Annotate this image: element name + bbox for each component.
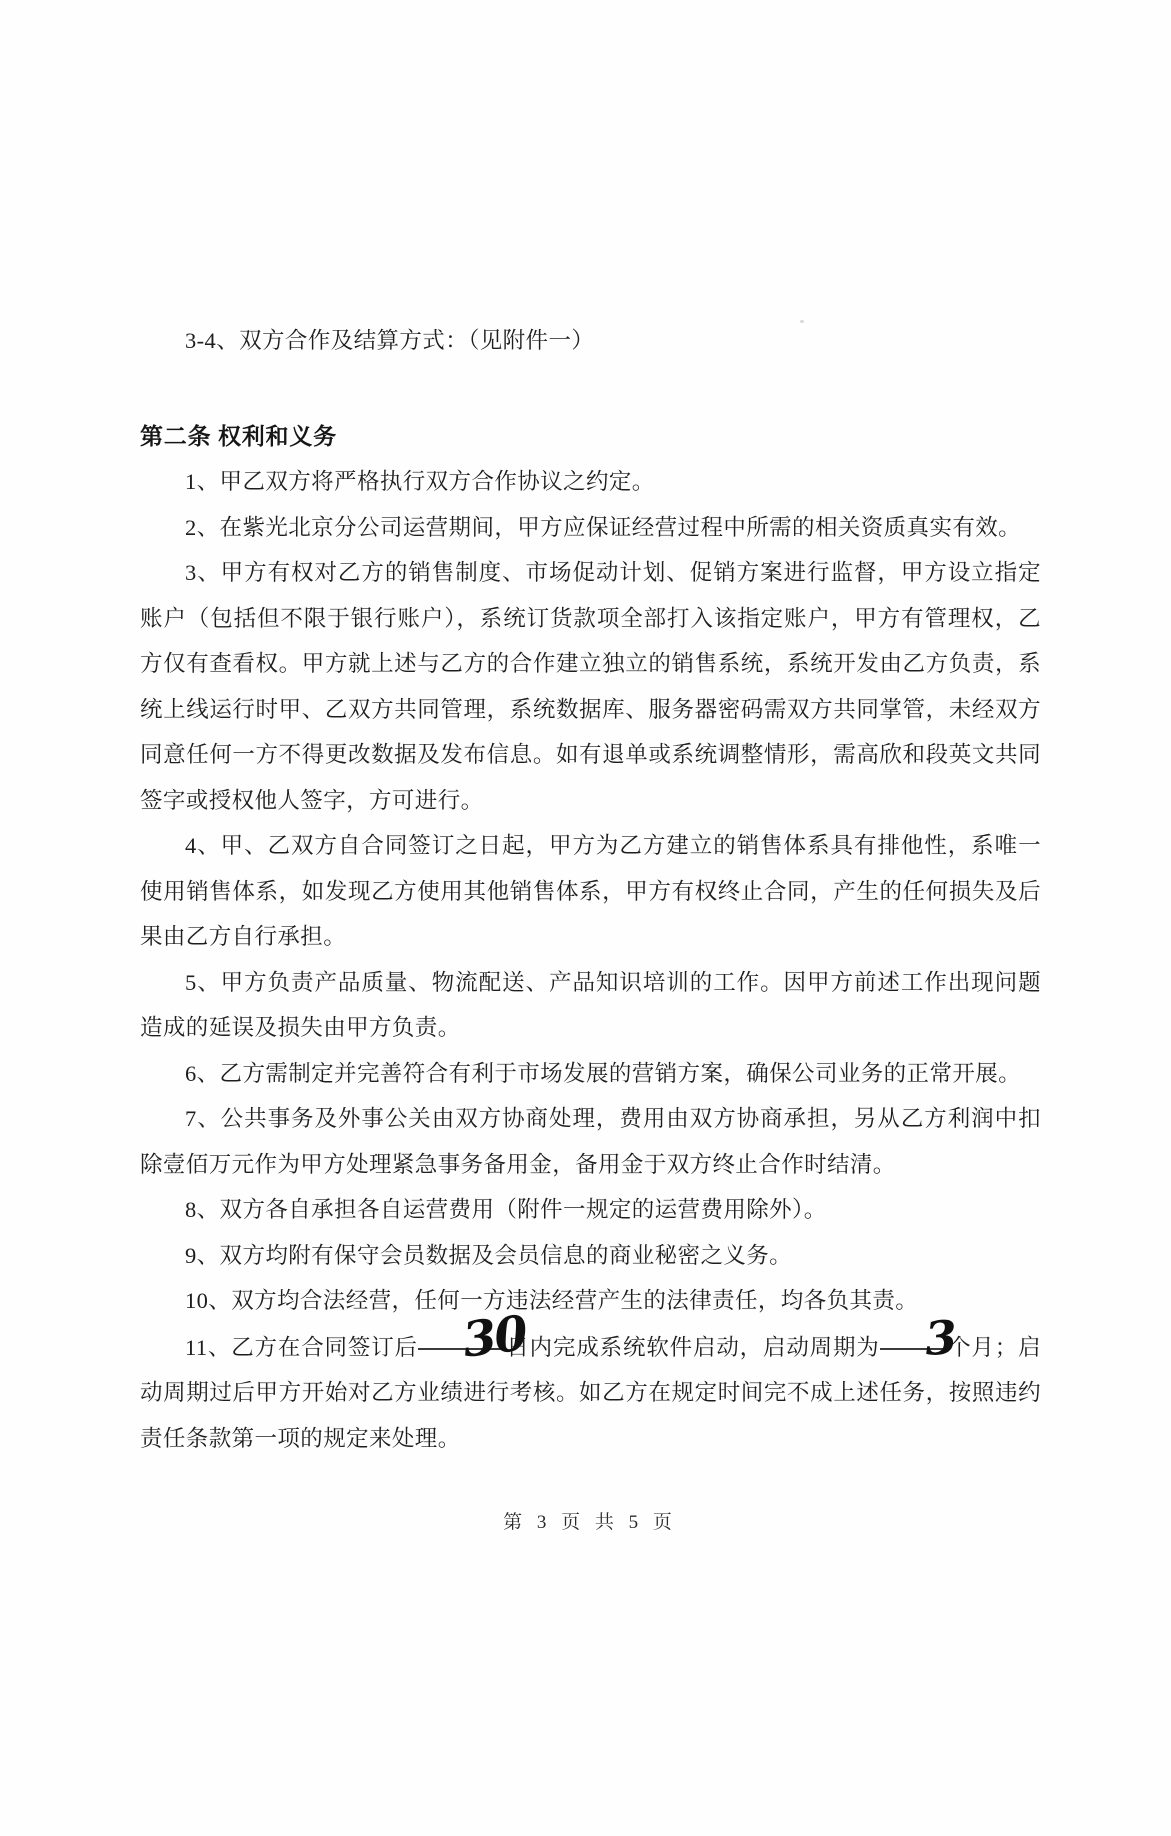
clause-6: 6、乙方需制定并完善符合有利于市场发展的营销方案，确保公司业务的正常开展。 [140,1051,1041,1097]
fill-in-months-blank: 3 [880,1324,948,1350]
page-number-footer: 第 3 页 共 5 页 [140,1507,1040,1534]
clause-11: 11、乙方在合同签订后30日内完成系统软件启动，启动周期为3个月；启动周期过后甲… [140,1324,1041,1462]
article-2-title: 第二条 权利和义务 [140,414,1041,460]
fill-in-days-blank: 30 [418,1324,506,1350]
clause-2: 2、在紫光北京分公司运营期间，甲方应保证经营过程中所需的相关资质真实有效。 [140,505,1041,551]
clause-3-4-settlement-line: 3-4、双方合作及结算方式：（见附件一） [140,318,1041,364]
clause-11-text-mid: 日内完成系统软件启动，启动周期为 [506,1335,880,1360]
contract-scan-page: 3-4、双方合作及结算方式：（见附件一） 第二条 权利和义务 1、甲乙双方将严格… [0,0,1171,1836]
clause-9: 9、双方均附有保守会员数据及会员信息的商业秘密之义务。 [140,1233,1041,1279]
clause-5: 5、甲方负责产品质量、物流配送、产品知识培训的工作。因甲方前述工作出现问题造成的… [140,960,1041,1051]
clause-10: 10、双方均合法经营，任何一方违法经营产生的法律责任，均各负其责。 [140,1278,1041,1324]
clause-7: 7、公共事务及外事公关由双方协商处理，费用由双方协商承担，另从乙方利润中扣除壹佰… [140,1096,1041,1187]
clause-4: 4、甲、乙双方自合同签订之日起，甲方为乙方建立的销售体系具有排他性，系唯一使用销… [140,823,1041,960]
handwritten-months-value: 3 [924,1321,956,1353]
scan-artifact-speck [800,320,804,323]
scan-artifact-speck [948,746,953,749]
clause-8: 8、双方各自承担各自运营费用（附件一规定的运营费用除外）。 [140,1187,1041,1233]
clause-3: 3、甲方有权对乙方的销售制度、市场促动计划、促销方案进行监督，甲方设立指定账户（… [140,550,1041,823]
handwritten-days-value: 30 [461,1318,527,1355]
clause-11-text-pre: 11、乙方在合同签订后 [185,1335,418,1360]
clause-1: 1、甲乙双方将严格执行双方合作协议之约定。 [140,459,1041,505]
